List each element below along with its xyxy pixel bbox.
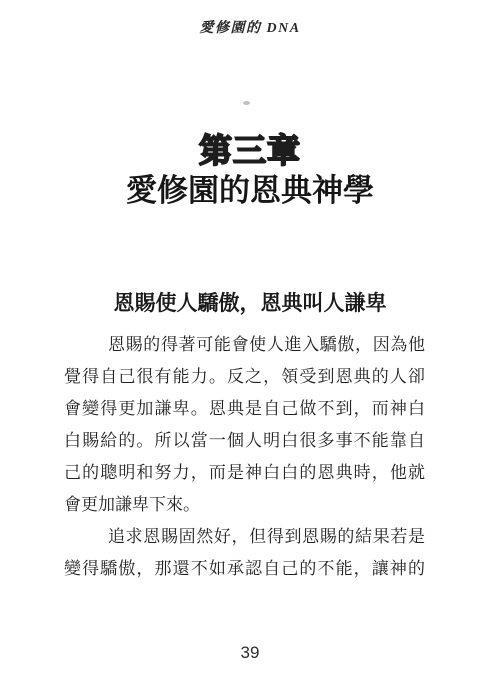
body-text: 恩賜的得著可能會使人進入驕傲，因為他覺得自己很有能力。反之，領受到恩典的人卻會變… <box>64 329 425 585</box>
body-line: 白賜給的。所以當一個人明白很多事不能靠自 <box>64 425 425 457</box>
chapter-number: 第三章 <box>0 133 500 169</box>
body-line: 己的聰明和努力，而是神白白的恩典時，他就 <box>64 457 425 489</box>
body-line: 覺得自己很有能力。反之，領受到恩典的人卻 <box>64 361 425 393</box>
body-line: 追求恩賜固然好，但得到恩賜的結果若是 <box>64 521 425 553</box>
chapter-title: 愛修園的恩典神學 <box>0 172 500 210</box>
running-header: 愛修園的 DNA <box>0 17 500 37</box>
section-heading: 恩賜使人驕傲，恩典叫人謙卑 <box>0 290 500 316</box>
body-line: 恩賜的得著可能會使人進入驕傲，因為他 <box>64 329 425 361</box>
body-line: 變得驕傲，那還不如承認自己的不能，讓神的 <box>64 553 425 585</box>
body-line: 會更加謙卑下來。 <box>64 489 425 521</box>
page-number: 39 <box>0 643 500 663</box>
body-line: 會變得更加謙卑。恩典是自己做不到，而神白 <box>64 393 425 425</box>
book-page: 愛修園的 DNA 第三章 愛修園的恩典神學 恩賜使人驕傲，恩典叫人謙卑 恩賜的得… <box>0 0 500 700</box>
scan-smudge-dot <box>243 101 250 105</box>
